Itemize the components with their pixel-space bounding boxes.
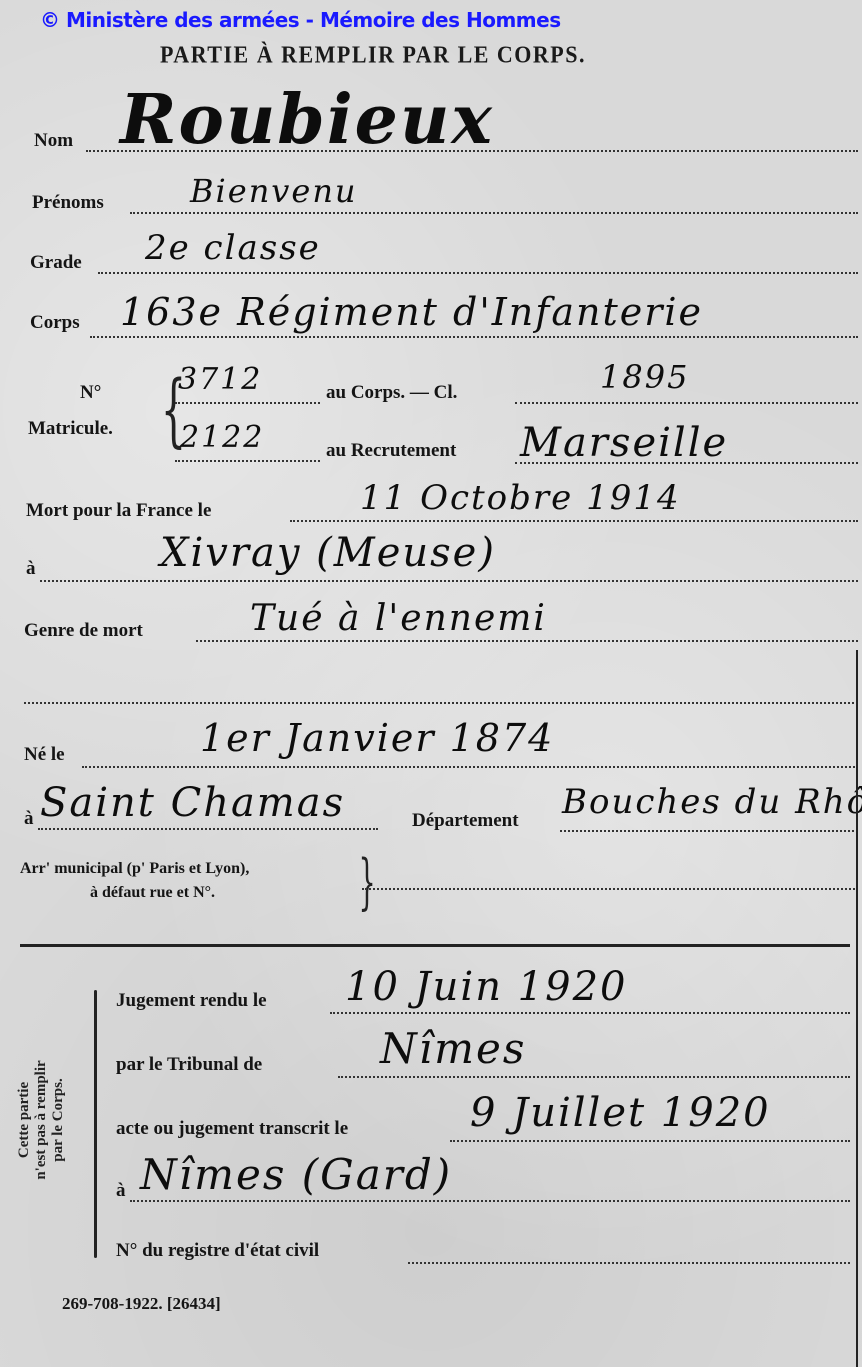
- page-edge: [856, 650, 858, 1367]
- form-header: PARTIE À REMPLIR PAR LE CORPS.: [160, 41, 586, 70]
- corps-label: Corps: [30, 312, 80, 334]
- print-reference: 269-708-1922. [26434]: [62, 1294, 221, 1314]
- arrondissement-label-line2: à défaut rue et N°.: [90, 884, 215, 902]
- lower-bracket: [94, 990, 97, 1258]
- corps-line: [90, 336, 858, 338]
- recrutement-label: au Recrutement: [326, 440, 456, 462]
- genre-mort-line: [196, 640, 858, 642]
- side-note-line-1: Cette partie: [16, 1040, 33, 1200]
- prenoms-label: Prénoms: [32, 192, 104, 214]
- arrondissement-line: [362, 888, 858, 890]
- grade-line: [98, 272, 858, 274]
- classe-value: 1895: [600, 358, 689, 396]
- ne-le-line: [82, 766, 858, 768]
- tribunal-line: [338, 1076, 850, 1078]
- tribunal-label: par le Tribunal de: [116, 1054, 262, 1076]
- mort-date-value: 11 Octobre 1914: [360, 478, 681, 518]
- side-note-line-3: par le Corps.: [50, 1040, 67, 1200]
- nom-value: Roubieux: [120, 80, 494, 160]
- genre-mort-value: Tué à l'ennemi: [250, 598, 547, 639]
- recrutement-number-line: [175, 460, 320, 462]
- recrutement-number-value: 2122: [180, 420, 264, 455]
- ne-lieu-value: Saint Chamas: [40, 780, 345, 826]
- transcrit-label: acte ou jugement transcrit le: [116, 1118, 348, 1140]
- registre-label: N° du registre d'état civil: [116, 1240, 319, 1262]
- transcrit-line: [450, 1140, 850, 1142]
- classe-line: [515, 402, 858, 404]
- departement-label: Département: [412, 810, 519, 832]
- side-note: Cette partie n'est pas à remplir par le …: [16, 1040, 67, 1200]
- blank-line: [24, 702, 858, 704]
- mort-lieu-line: [40, 580, 858, 582]
- jugement-label: Jugement rendu le: [116, 990, 267, 1012]
- mort-lieu-label: à: [26, 558, 36, 580]
- grade-value: 2e classe: [145, 228, 321, 268]
- ne-le-value: 1er Janvier 1874: [200, 716, 554, 760]
- arrondissement-label-line1: Arr' municipal (p' Paris et Lyon),: [20, 860, 249, 878]
- jugement-line: [330, 1012, 850, 1014]
- no-label: N°: [80, 382, 101, 404]
- arrondissement-brace: }: [359, 852, 376, 912]
- corps-number-value: 3712: [178, 362, 262, 397]
- mort-date-line: [290, 520, 858, 522]
- tribunal-value: Nîmes: [380, 1024, 526, 1073]
- registre-line: [408, 1262, 850, 1264]
- departement-value: Bouches du Rhône: [562, 782, 862, 822]
- mort-date-label: Mort pour la France le: [26, 500, 211, 522]
- copyright-watermark: © Ministère des armées - Mémoire des Hom…: [40, 8, 561, 32]
- side-note-line-2: n'est pas à remplir: [33, 1040, 50, 1200]
- jugement-value: 10 Juin 1920: [345, 964, 627, 1010]
- corps-number-line: [175, 402, 320, 404]
- transcrit-lieu-label: à: [116, 1180, 126, 1202]
- transcrit-lieu-line: [130, 1200, 850, 1202]
- transcrit-value: 9 Juillet 1920: [470, 1090, 771, 1136]
- matricule-label: Matricule.: [28, 418, 113, 440]
- corps-classe-label: au Corps. — Cl.: [326, 382, 457, 404]
- corps-value: 163e Régiment d'Infanterie: [120, 290, 703, 334]
- prenoms-line: [130, 212, 858, 214]
- departement-line: [560, 830, 858, 832]
- prenoms-value: Bienvenu: [190, 172, 358, 210]
- nom-label: Nom: [34, 130, 73, 152]
- ne-le-label: Né le: [24, 744, 65, 766]
- genre-mort-label: Genre de mort: [24, 620, 143, 642]
- recrutement-value: Marseille: [520, 420, 728, 466]
- transcrit-lieu-value: Nîmes (Gard): [140, 1150, 452, 1199]
- mort-lieu-value: Xivray (Meuse): [160, 530, 496, 576]
- ne-lieu-label: à: [24, 808, 34, 830]
- section-divider: [20, 944, 850, 947]
- grade-label: Grade: [30, 252, 82, 274]
- ne-lieu-line: [38, 828, 378, 830]
